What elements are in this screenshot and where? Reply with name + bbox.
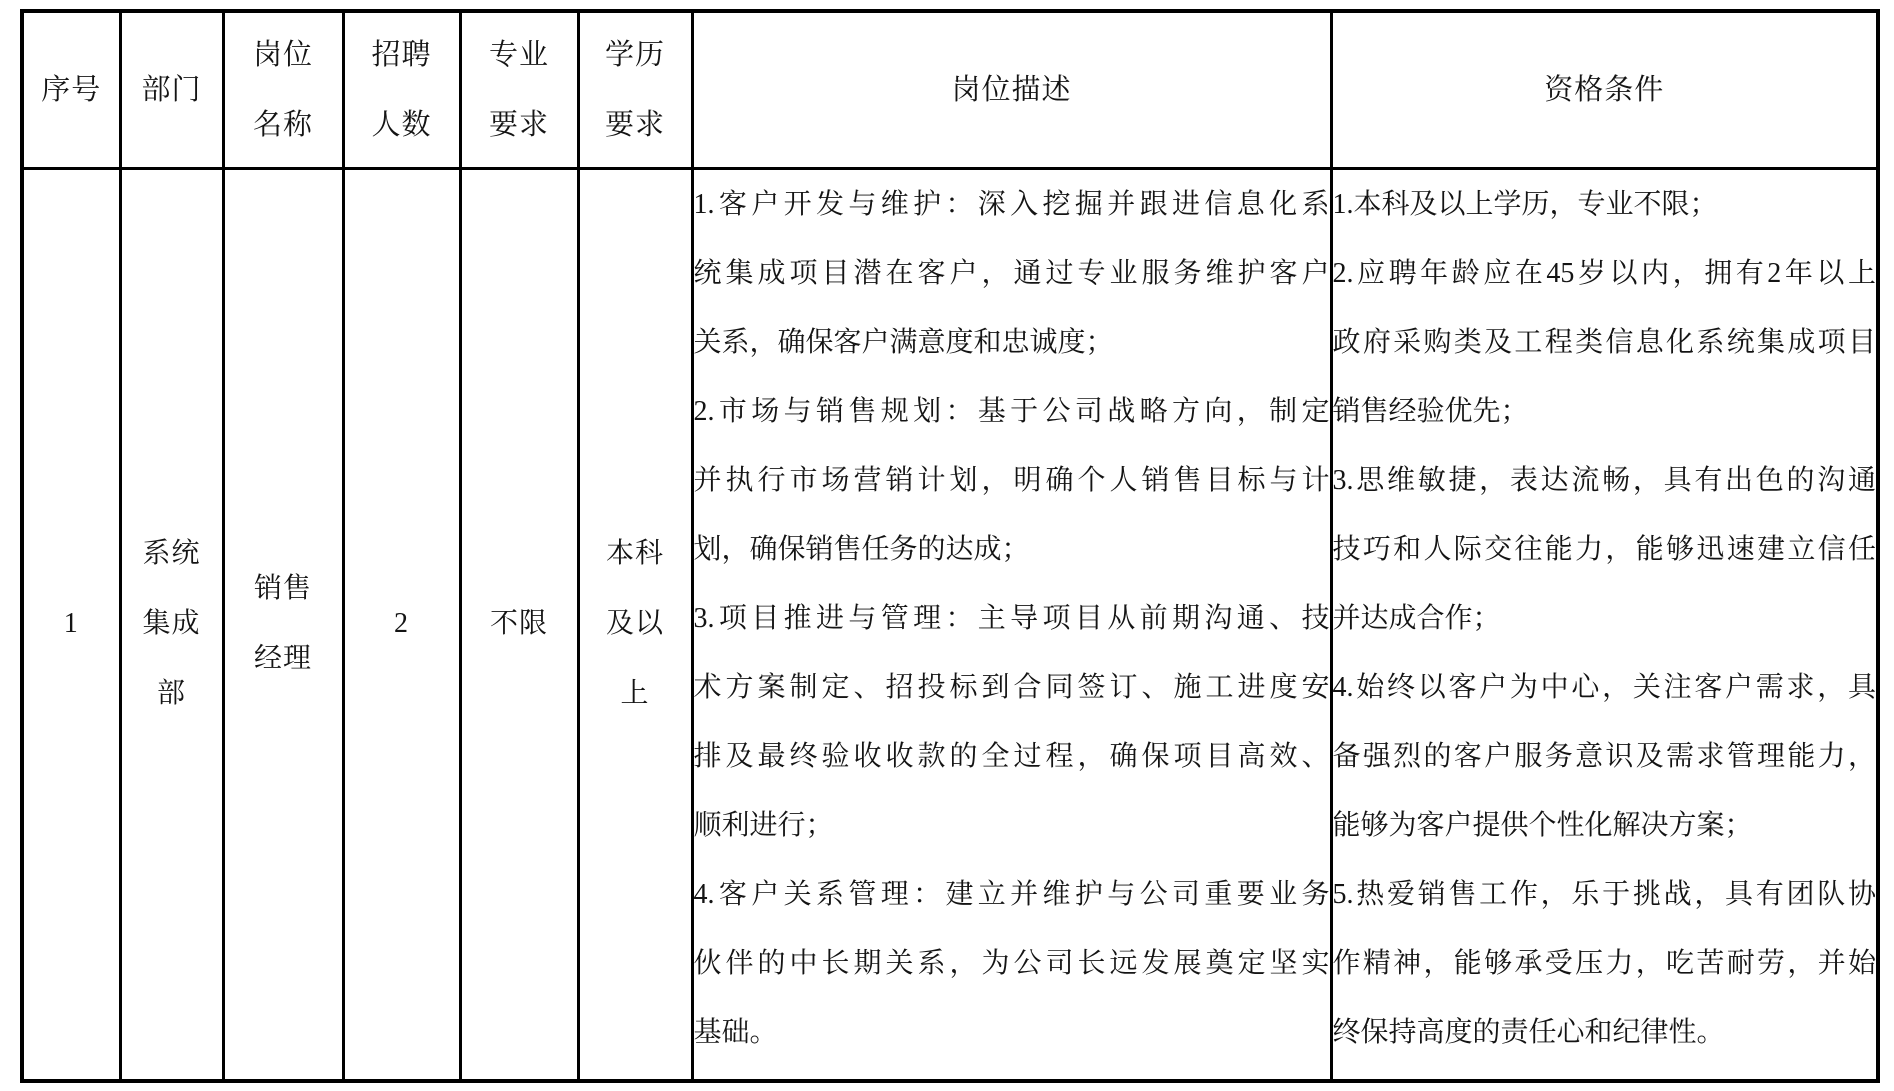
qualification-line: 3.思维敏捷，表达流畅，具有出色的沟通 [1333,446,1877,515]
header-cell-department: 部门 [120,11,223,168]
cell-headcount: 2 [343,168,460,1081]
qualification-line: 政府采购类及工程类信息化系统集成项目 [1333,308,1877,377]
description-line: 术方案制定、招投标到合同签订、施工进度安 [694,653,1330,722]
cell-education: 本科 及以 上 [578,168,692,1081]
description-line: 划，确保销售任务的达成； [694,515,1330,584]
position-line: 经理 [225,624,342,694]
description-line: 伙伴的中长期关系，为公司长远发展奠定坚实 [694,929,1330,998]
education-line: 上 [580,659,691,729]
header-cell-position: 岗位 名称 [223,11,343,168]
table-row: 1 系统 集成 部 销售 经理 2 不限 本科 及以 上 [22,168,1878,1081]
header-label: 名称 [225,90,342,160]
description-line: 2.市场与销售规划：基于公司战略方向，制定 [694,377,1330,446]
qualification-line: 4.始终以客户为中心，关注客户需求，具 [1333,653,1877,722]
description-line: 4.客户关系管理：建立并维护与公司重要业务 [694,860,1330,929]
header-cell-qualifications: 资格条件 [1331,11,1878,168]
description-line: 并执行市场营销计划，明确个人销售目标与计 [694,446,1330,515]
header-cell-education: 学历 要求 [578,11,692,168]
cell-department: 系统 集成 部 [120,168,223,1081]
recruitment-table: 序号 部门 岗位 名称 招聘 人数 专业 要求 学历 要求 岗位描述 [20,9,1880,1083]
qualification-line: 1.本科及以上学历，专业不限； [1333,170,1877,239]
department-line: 部 [122,659,222,729]
description-line: 统集成项目潜在客户，通过专业服务维护客户 [694,239,1330,308]
qualification-line: 备强烈的客户服务意识及需求管理能力， [1333,722,1877,791]
header-label: 岗位 [225,20,342,90]
header-label: 专业 [462,20,577,90]
education-line: 及以 [580,589,691,659]
qualification-line: 2.应聘年龄应在45岁以内，拥有2年以上 [1333,239,1877,308]
description-line: 顺利进行； [694,791,1330,860]
header-label: 序号 [24,55,119,125]
description-line: 3.项目推进与管理：主导项目从前期沟通、技 [694,584,1330,653]
qualification-line: 作精神，能够承受压力，吃苦耐劳，并始 [1333,929,1877,998]
qualification-line: 并达成合作； [1333,584,1877,653]
header-cell-headcount: 招聘 人数 [343,11,460,168]
header-cell-major: 专业 要求 [460,11,578,168]
cell-index: 1 [22,168,120,1081]
department-line: 集成 [122,589,222,659]
qualification-line: 技巧和人际交往能力，能够迅速建立信任 [1333,515,1877,584]
header-label: 招聘 [345,20,459,90]
qualification-line: 终保持高度的责任心和纪律性。 [1333,998,1877,1067]
header-label: 岗位描述 [694,55,1330,125]
major-value: 不限 [462,589,577,659]
table-header-row: 序号 部门 岗位 名称 招聘 人数 专业 要求 学历 要求 岗位描述 [22,11,1878,168]
index-value: 1 [24,589,119,659]
position-line: 销售 [225,554,342,624]
cell-major: 不限 [460,168,578,1081]
qualification-line: 能够为客户提供个性化解决方案； [1333,791,1877,860]
qualification-line: 5.热爱销售工作，乐于挑战，具有团队协 [1333,860,1877,929]
header-label: 部门 [122,55,222,125]
qualification-line: 销售经验优先； [1333,377,1877,446]
description-line: 1.客户开发与维护：深入挖掘并跟进信息化系 [694,170,1330,239]
header-label: 学历 [580,20,691,90]
headcount-value: 2 [345,589,459,659]
document-page: 序号 部门 岗位 名称 招聘 人数 专业 要求 学历 要求 岗位描述 [0,0,1894,1091]
cell-qualifications: 1.本科及以上学历，专业不限； 2.应聘年龄应在45岁以内，拥有2年以上 政府采… [1331,168,1878,1081]
cell-position: 销售 经理 [223,168,343,1081]
header-cell-index: 序号 [22,11,120,168]
header-label: 要求 [580,90,691,160]
header-label: 人数 [345,90,459,160]
header-label: 资格条件 [1333,55,1877,125]
description-line: 关系，确保客户满意度和忠诚度； [694,308,1330,377]
cell-job-description: 1.客户开发与维护：深入挖掘并跟进信息化系 统集成项目潜在客户，通过专业服务维护… [692,168,1331,1081]
department-line: 系统 [122,519,222,589]
header-cell-description: 岗位描述 [692,11,1331,168]
description-line: 基础。 [694,998,1330,1067]
header-label: 要求 [462,90,577,160]
description-line: 排及最终验收收款的全过程，确保项目高效、 [694,722,1330,791]
education-line: 本科 [580,519,691,589]
